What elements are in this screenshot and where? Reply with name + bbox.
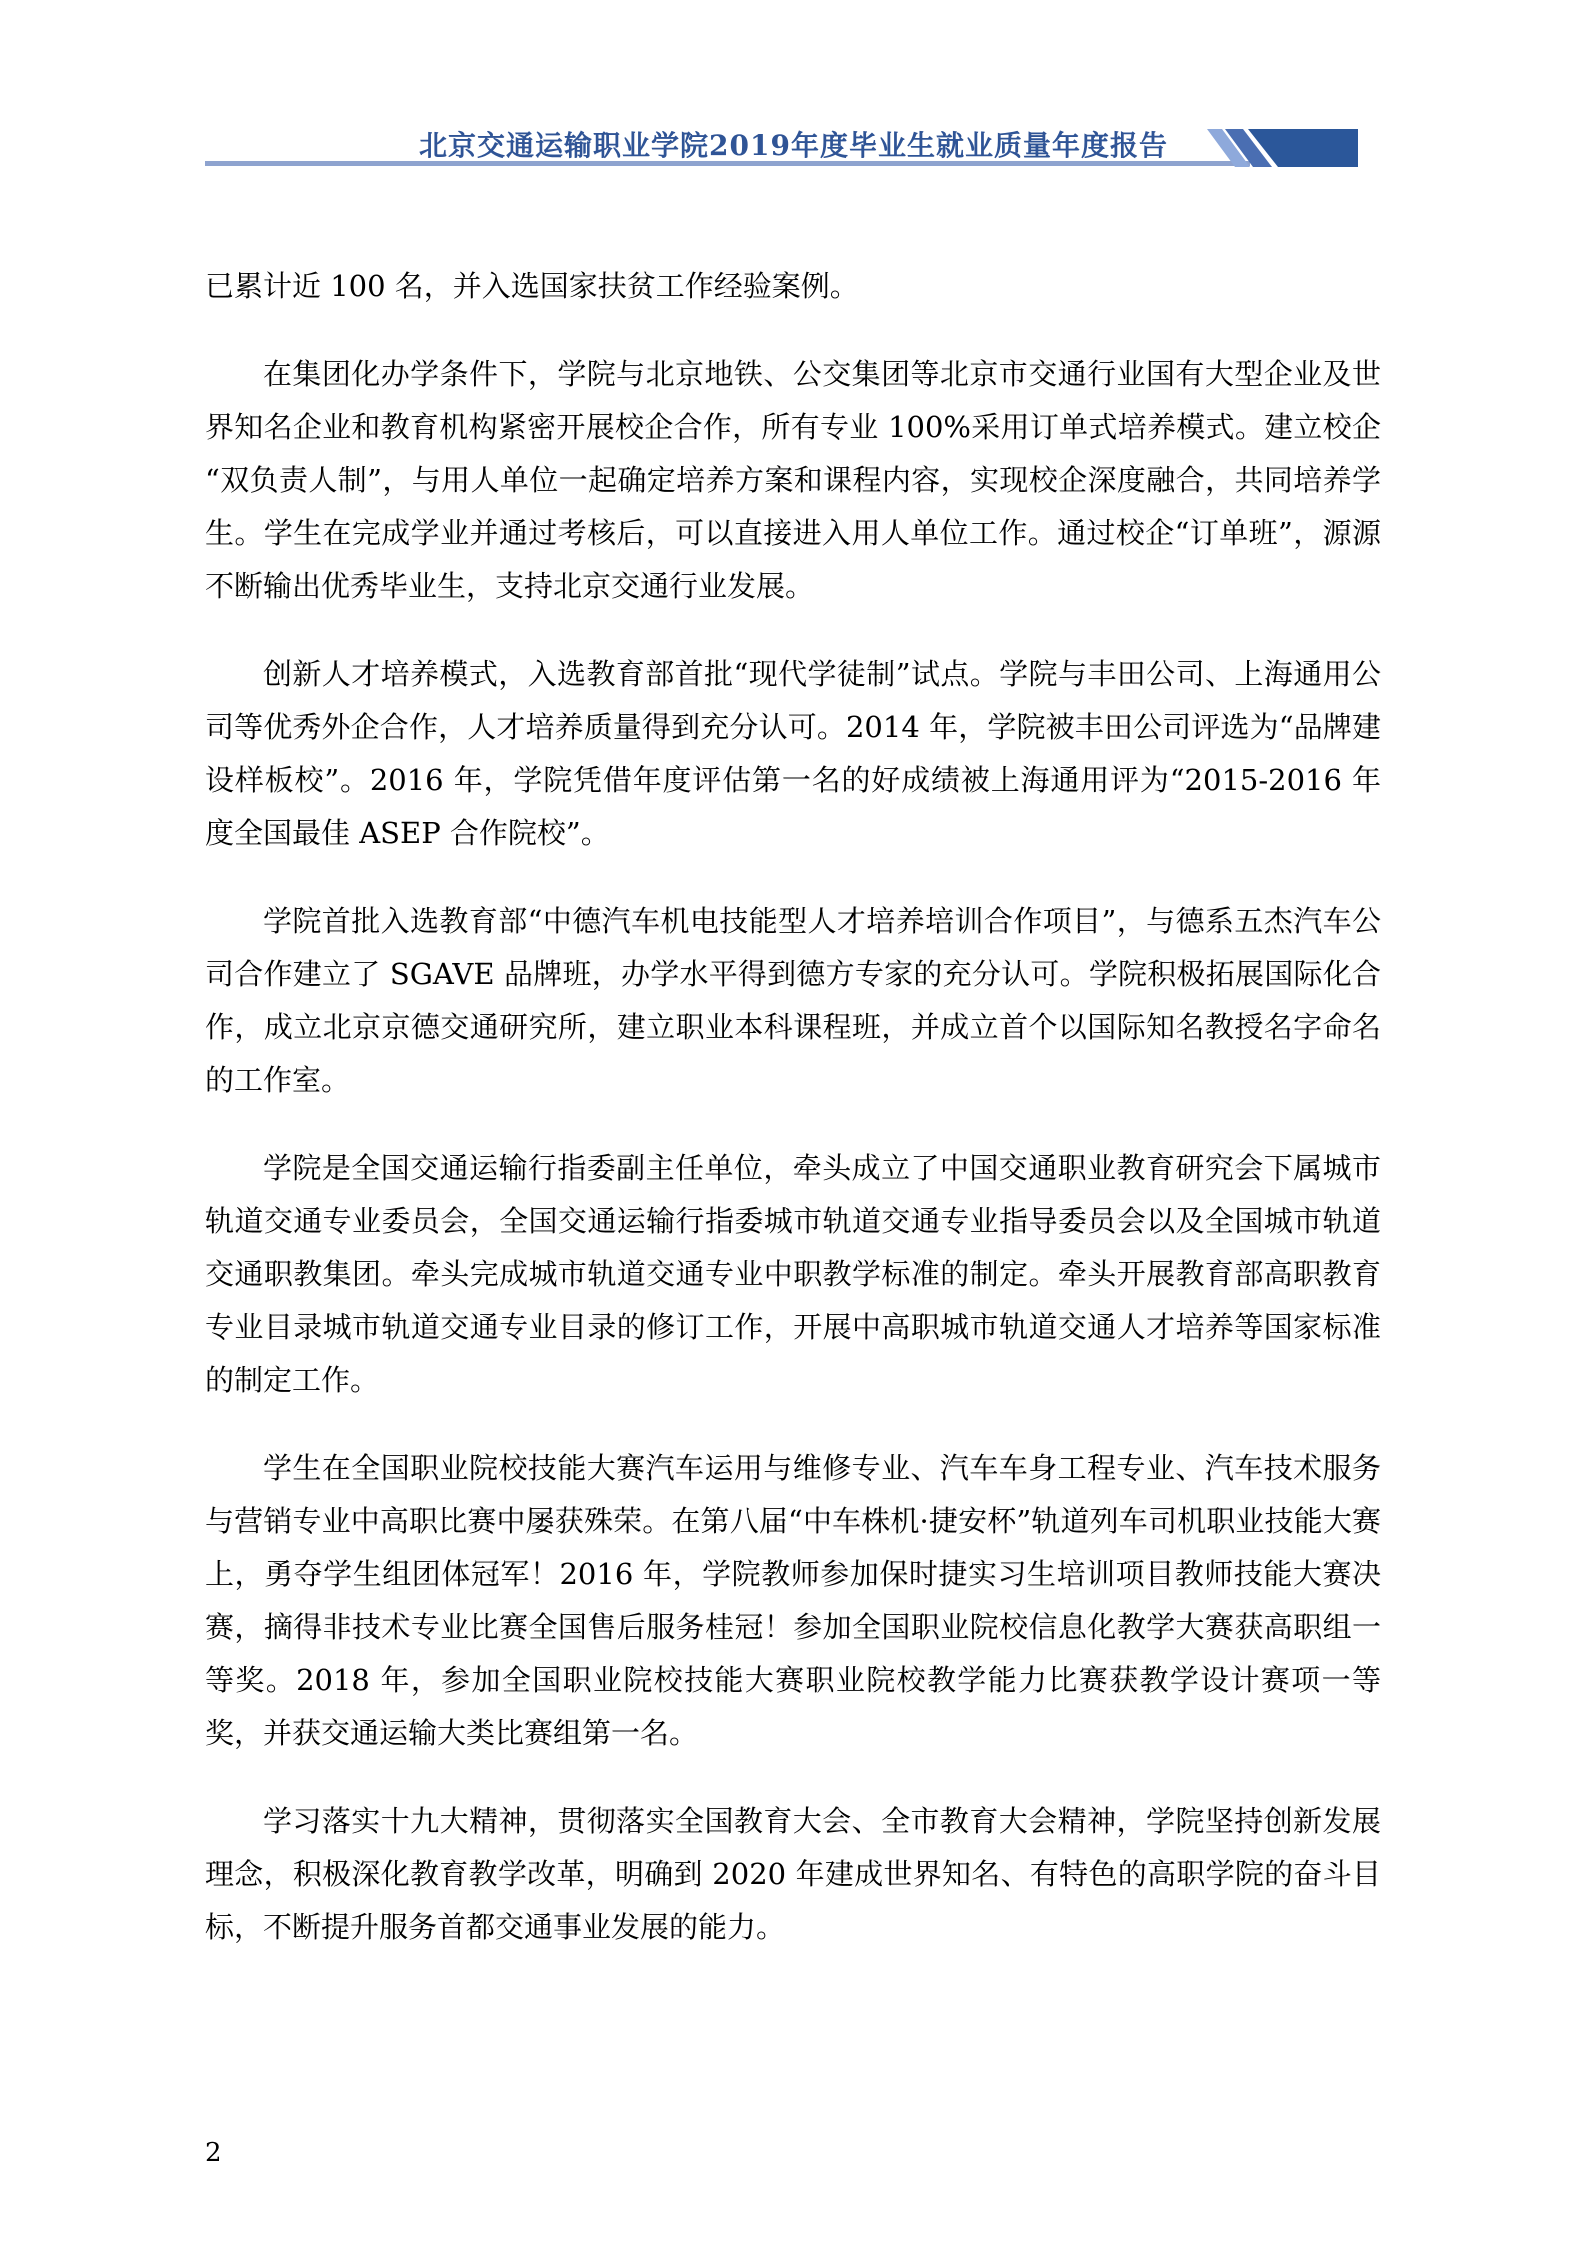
paragraph-3: 创新人才培养模式，入选教育部首批“现代学徒制”试点。学院与丰田公司、上海通用公司… <box>205 648 1381 860</box>
paragraph-7: 学习落实十九大精神，贯彻落实全国教育大会、全市教育大会精神，学院坚持创新发展理念… <box>205 1795 1381 1954</box>
header-decoration <box>0 0 1587 200</box>
page-number: 2 <box>205 2138 222 2168</box>
paragraph-2: 在集团化办学条件下，学院与北京地铁、公交集团等北京市交通行业国有大型企业及世界知… <box>205 348 1381 613</box>
document-body: 已累计近 100 名，并入选国家扶贫工作经验案例。 在集团化办学条件下，学院与北… <box>205 260 1381 1989</box>
paragraph-6: 学生在全国职业院校技能大赛汽车运用与维修专业、汽车车身工程专业、汽车技术服务与营… <box>205 1442 1381 1760</box>
paragraph-5: 学院是全国交通运输行指委副主任单位，牵头成立了中国交通职业教育研究会下属城市轨道… <box>205 1142 1381 1407</box>
document-page: 北京交通运输职业学院2019年度毕业生就业质量年度报告 已累计近 100 名，并… <box>0 0 1587 2245</box>
header-title: 北京交通运输职业学院2019年度毕业生就业质量年度报告 <box>0 124 1587 164</box>
paragraph-4: 学院首批入选教育部“中德汽车机电技能型人才培养培训合作项目”，与德系五杰汽车公司… <box>205 895 1381 1107</box>
paragraph-1: 已累计近 100 名，并入选国家扶贫工作经验案例。 <box>205 260 1381 313</box>
